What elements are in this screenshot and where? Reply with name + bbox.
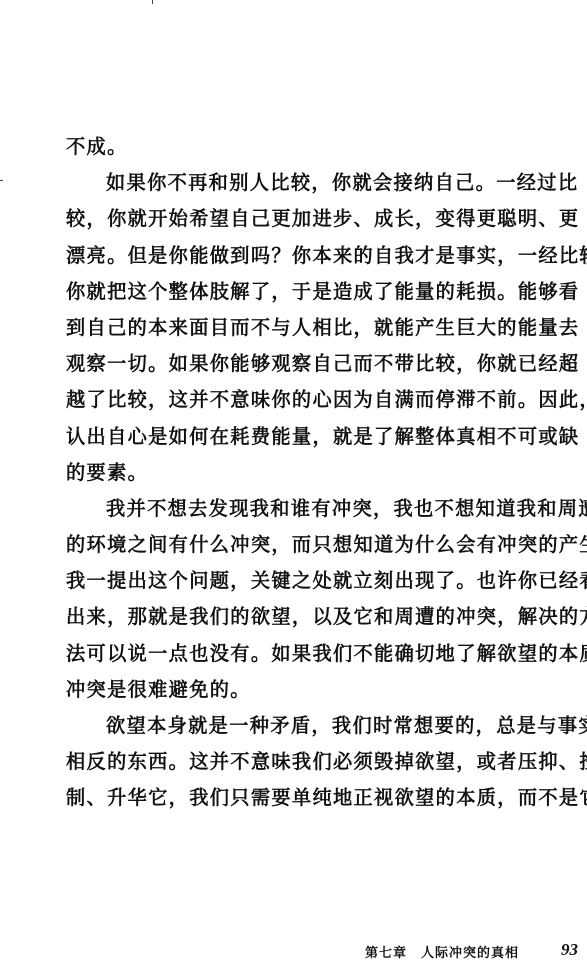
text-line: 观察一切。如果你能够观察自己而不带比较，你就已经超 xyxy=(66,346,587,382)
text-line: 法可以说一点也没有。如果我们不能确切地了解欲望的本质， xyxy=(66,636,587,672)
text-line: 认出自心是如何在耗费能量，就是了解整体真相不可或缺 xyxy=(66,419,587,455)
text-line: 相反的东西。这并不意味我们必须毁掉欲望，或者压抑、控 xyxy=(66,744,587,780)
body-text: 不成。 如果你不再和别人比较，你就会接纳自己。一经过比 较，你就开始希望自己更加… xyxy=(66,129,587,817)
text-line: 到自己的本来面目而不与人相比，就能产生巨大的能量去 xyxy=(66,310,587,346)
text-line: 我并不想去发现我和谁有冲突，我也不想知道我和周遭 xyxy=(66,491,587,527)
text-line: 我一提出这个问题，关键之处就立刻出现了。也许你已经看 xyxy=(66,563,587,599)
text-line: 不成。 xyxy=(66,129,587,165)
text-line: 漂亮。但是你能做到吗？你本来的自我才是事实，一经比较， xyxy=(66,238,587,274)
text-line: 欲望本身就是一种矛盾，我们时常想要的，总是与事实 xyxy=(66,708,587,744)
text-line: 较，你就开始希望自己更加进步、成长，变得更聪明、更 xyxy=(66,201,587,237)
page-number: 93 xyxy=(561,940,578,960)
text-line: 越了比较，这并不意味你的心因为自满而停滞不前。因此， xyxy=(66,382,587,418)
text-line: 你就把这个整体肢解了，于是造成了能量的耗损。能够看 xyxy=(66,274,587,310)
text-line: 的要素。 xyxy=(66,455,587,491)
scan-mark-top xyxy=(152,0,153,4)
page-footer: 第七章 人际冲突的真相 93 xyxy=(0,940,587,964)
text-line: 制、升华它，我们只需要单纯地正视欲望的本质，而不是它 xyxy=(66,780,587,816)
text-line: 如果你不再和别人比较，你就会接纳自己。一经过比 xyxy=(66,165,587,201)
text-line: 出来，那就是我们的欲望，以及它和周遭的冲突，解决的方 xyxy=(66,599,587,635)
scan-mark-left xyxy=(0,180,3,181)
chapter-title: 第七章 人际冲突的真相 xyxy=(365,942,519,961)
text-line: 冲突是很难避免的。 xyxy=(66,672,587,708)
text-line: 的环境之间有什么冲突，而只想知道为什么会有冲突的产生。 xyxy=(66,527,587,563)
